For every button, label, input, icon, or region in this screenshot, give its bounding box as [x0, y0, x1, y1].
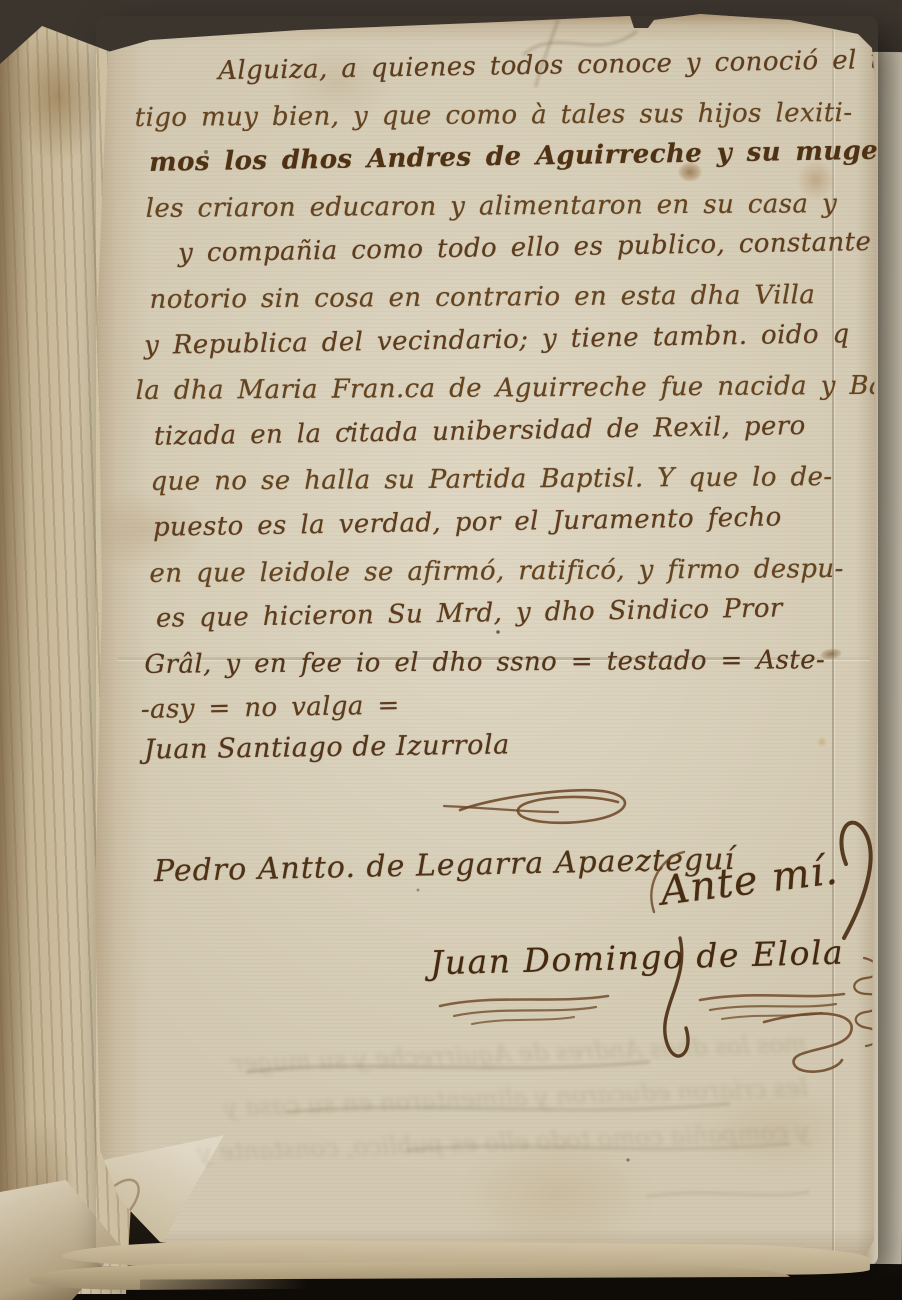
signature-witness: Juan Santiago de Izurrola	[144, 729, 510, 765]
notary-feather-left-1	[440, 996, 608, 1006]
notary-feather-right-3	[722, 1013, 822, 1019]
manuscript-text-block: Alguiza, a quienes todos conoce y conoci…	[132, 43, 855, 734]
signature-notary: Juan Domingo de Elola	[430, 933, 845, 983]
ante-mi-long-stroke	[841, 823, 870, 938]
notary-feather-right-2	[710, 1004, 836, 1010]
notary-feather-right-1	[700, 994, 844, 1000]
manuscript-line: Alguiza, a quienes todos conoce y conoci…	[218, 39, 849, 95]
notary-feather-left-2	[454, 1007, 596, 1016]
bottom-shadow	[140, 1276, 902, 1300]
photographed-manuscript: Alguiza, a quienes todos conoce y conoci…	[0, 0, 902, 1300]
manuscript-page: Alguiza, a quienes todos conoce y conoci…	[88, 10, 882, 1272]
manuscript-line: y compañia como todo ello es publico, co…	[178, 221, 851, 278]
ghost-scribble	[648, 1192, 808, 1196]
witness-rubric-strike	[444, 806, 558, 812]
ink-speck	[417, 889, 420, 892]
signature-procurator: Pedro Antto. de Legarra Apaezteguí	[154, 842, 736, 889]
witness-rubric-flourish	[460, 790, 625, 823]
notary-feather-left-3	[472, 1017, 574, 1024]
verso-bleedthrough-text: mos los dhos Andres de Aguirreche y su m…	[206, 1022, 810, 1175]
